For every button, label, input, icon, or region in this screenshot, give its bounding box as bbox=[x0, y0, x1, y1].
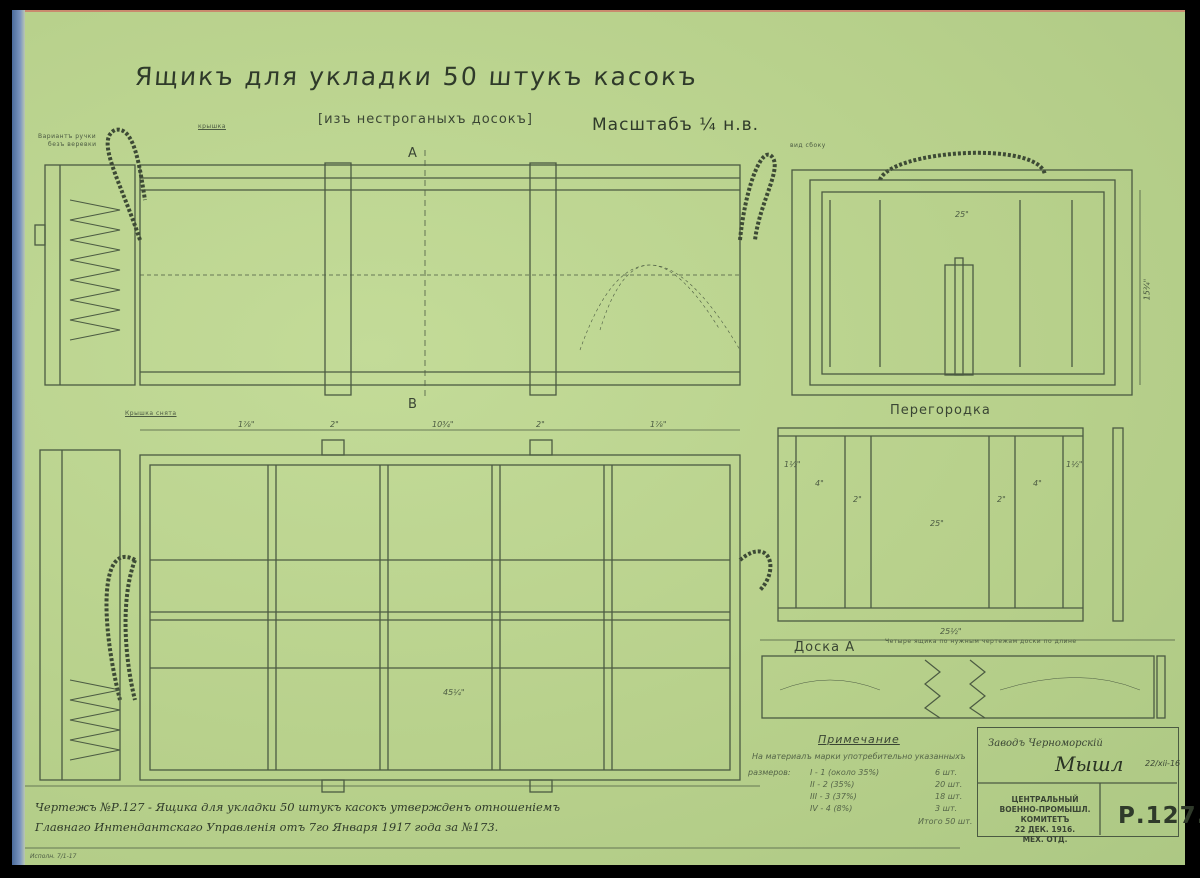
dim-partition-cell-1: 1½" bbox=[784, 460, 801, 469]
notes-row-2-label: II - 2 (35%) bbox=[810, 780, 854, 789]
drawing-scale: Масштабъ ¼ н.в. bbox=[592, 115, 759, 135]
notes-intro: На материалъ марки употребительно указан… bbox=[752, 752, 966, 761]
partition-drawing bbox=[778, 428, 1123, 621]
dim-partition-cell-5: 4" bbox=[1033, 479, 1042, 488]
notes-row-1-label: I - 1 (около 35%) bbox=[810, 768, 879, 777]
dim-plan-height: 45¼" bbox=[443, 688, 465, 697]
notes-intro-2: размеров: bbox=[748, 768, 791, 777]
notes-row-3-value: 18 шт. bbox=[935, 792, 962, 801]
stamp-organization: ЦЕНТРАЛЬНЫЙ ВОЕННО-ПРОМЫШЛ. КОМИТЕТЪ 22 … bbox=[990, 795, 1100, 845]
dim-section-inner: 25" bbox=[955, 210, 969, 219]
drawing-title: Ящикъ для укладки 50 штукъ касокъ bbox=[134, 62, 699, 91]
section-b-marker: В bbox=[408, 397, 418, 412]
dim-partition-cell-6: 1½" bbox=[1066, 460, 1083, 469]
notes-title: Примечание bbox=[818, 733, 900, 746]
dim-partition-width: 25" bbox=[930, 519, 944, 528]
stamp-org-line-1: ЦЕНТРАЛЬНЫЙ bbox=[990, 795, 1100, 805]
dim-partition-cell-2: 4" bbox=[815, 479, 824, 488]
side-view-box bbox=[35, 150, 740, 400]
notes-total: Итого 50 шт. bbox=[918, 817, 972, 826]
notes-row-3-label: III - 3 (37%) bbox=[810, 792, 857, 801]
side-view-note: вид сбоку bbox=[790, 142, 826, 149]
drawing-caption: Чертежъ №Р.127 - Ящика для укладки 50 шт… bbox=[35, 797, 560, 837]
stamp-factory: Заводъ Черноморскій bbox=[988, 738, 1103, 749]
stamp-org-line-2: ВОЕННО-ПРОМЫШЛ. КОМИТЕТЪ bbox=[990, 805, 1100, 825]
board-a-label: Доска А bbox=[794, 640, 855, 655]
stamp-org-line-4: МЕХ. ОТД. bbox=[990, 835, 1100, 845]
stamp-signature-date: 22/xii-16 bbox=[1145, 759, 1180, 768]
dim-top-4: 2" bbox=[536, 420, 545, 429]
dim-top-2: 2" bbox=[330, 420, 339, 429]
dim-partition-total: 25½" bbox=[940, 627, 962, 636]
dim-box-height: 15¾" bbox=[1142, 279, 1151, 301]
handle-variant-label-2: безъ веревки bbox=[48, 141, 97, 148]
caption-line-1: Чертежъ №Р.127 - Ящика для укладки 50 шт… bbox=[35, 797, 560, 817]
dim-partition-cell-3: 2" bbox=[853, 495, 862, 504]
notes-row-4-label: IV - 4 (8%) bbox=[810, 804, 852, 813]
corner-note: Исполн. 7/1-17 bbox=[30, 853, 76, 860]
lid-label: крышка bbox=[198, 123, 226, 130]
notes-row-4-value: 3 шт. bbox=[935, 804, 957, 813]
partition-label: Перегородка bbox=[890, 403, 991, 418]
notes-row-1-value: 6 шт. bbox=[935, 768, 957, 777]
section-a-marker: А bbox=[408, 146, 418, 161]
stamp-signature: Мышл bbox=[1055, 752, 1123, 776]
dim-top-3: 10¾" bbox=[432, 420, 454, 429]
caption-line-2: Главнаго Интендантскаго Управленія отъ 7… bbox=[35, 817, 560, 837]
dim-partition-cell-4: 2" bbox=[997, 495, 1006, 504]
board-note: Четыре ящика по нужным чертежам доски по… bbox=[885, 638, 1077, 645]
dim-top-1: 1⁷⁄₈" bbox=[238, 420, 255, 429]
stamp-org-line-3: 22 ДЕК. 1916. bbox=[990, 825, 1100, 835]
lid-removed-label: Крышка снята bbox=[125, 410, 177, 417]
notes-row-2-value: 20 шт. bbox=[935, 780, 962, 789]
drawing-subtitle: [изъ нестроганыхъ досокъ] bbox=[318, 112, 533, 127]
dim-top-5: 1⁷⁄₈" bbox=[650, 420, 667, 429]
handle-variant-label: Вариантъ ручки bbox=[38, 133, 96, 140]
end-section-view bbox=[792, 170, 1140, 395]
plan-view-lid-removed bbox=[40, 430, 740, 792]
drawing-number: Р.127. bbox=[1118, 803, 1200, 829]
